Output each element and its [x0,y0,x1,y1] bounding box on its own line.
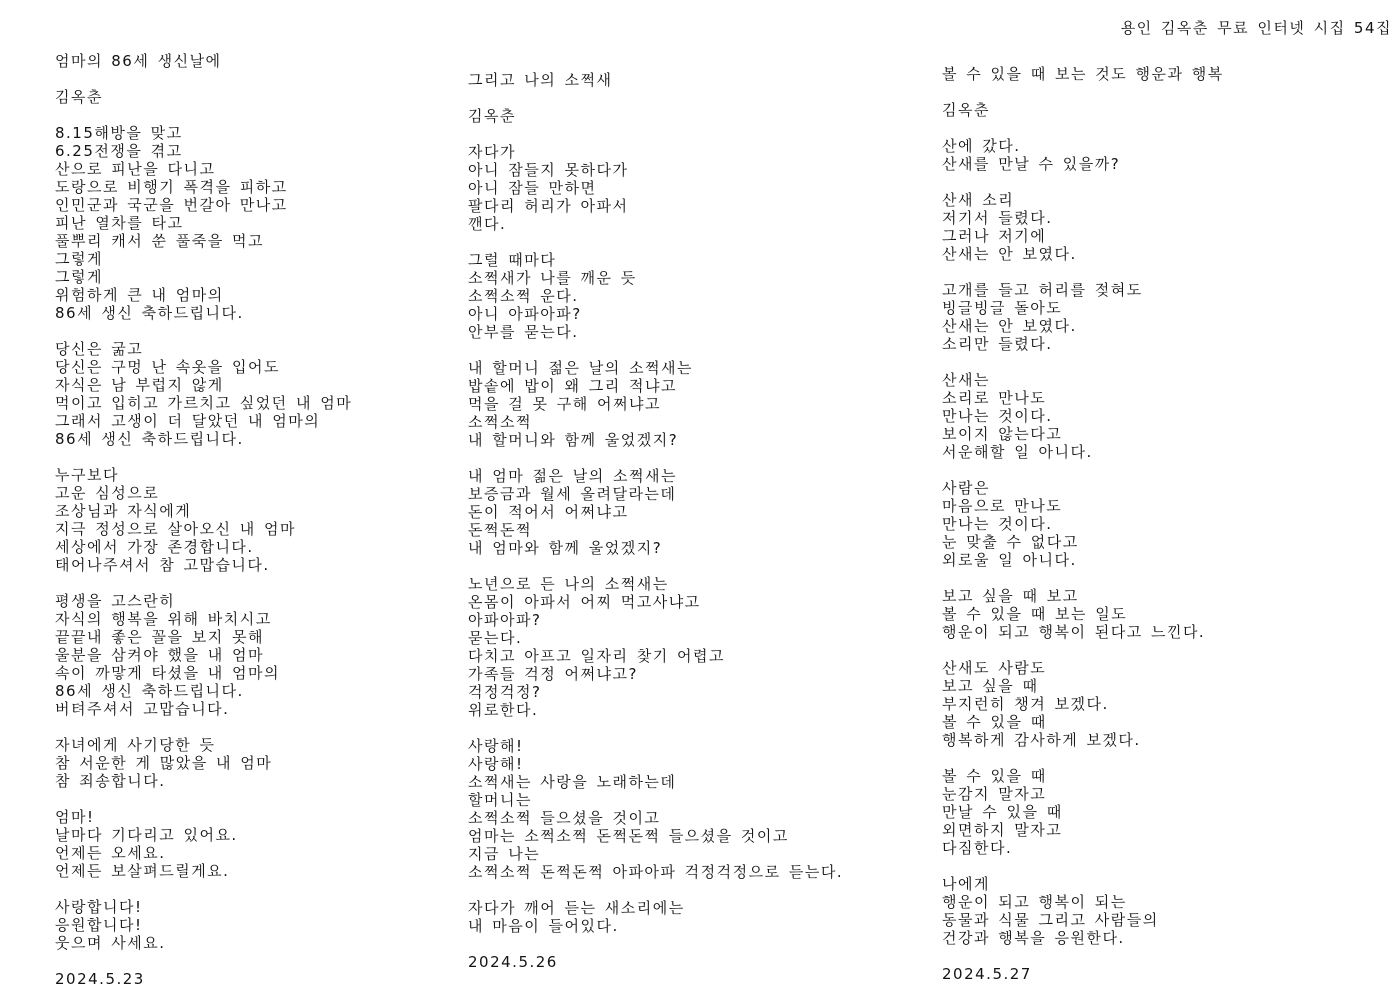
poem-line: 산새를 만날 수 있을까? [942,155,1224,173]
poem-line: 서운해할 일 아니다. [942,443,1224,461]
poem-line: 외로울 일 아니다. [942,551,1224,569]
poem-line: 행복하게 감사하게 보겠다. [942,731,1224,749]
poem-line: 다치고 아프고 일자리 찾기 어렵고 [468,647,843,665]
poem-line: 그래서 고생이 더 달았던 내 엄마의 [55,412,352,430]
poem-line: 지금 나는 [468,845,843,863]
stanza: 엄마!날마다 기다리고 있어요.언제든 오세요.언제든 보살펴드릴게요. [55,808,352,880]
stanza: 보고 싶을 때 보고볼 수 있을 때 보는 일도행운이 되고 행복이 된다고 느… [942,587,1224,641]
poem-title: 그리고 나의 소쩍새 [468,71,843,89]
poem-line: 자다가 [468,143,843,161]
poem-line: 소쩍새는 사랑을 노래하는데 [468,773,843,791]
poem-line: 86세 생신 축하드립니다. [55,682,352,700]
stanza: 노년으로 든 나의 소쩍새는온몸이 아파서 어찌 먹고사냐고아파아파?묻는다.다… [468,575,843,719]
stanza: 산새는소리로 만나도만나는 것이다.보이지 않는다고서운해할 일 아니다. [942,371,1224,461]
poem-author: 김옥춘 [942,101,1224,119]
poem-line: 노년으로 든 나의 소쩍새는 [468,575,843,593]
poem-line: 당신은 굶고 [55,340,352,358]
poem-line: 소쩍소쩍 들으셨을 것이고 [468,809,843,827]
stanza: 산새도 사람도보고 싶을 때부지런히 챙겨 보겠다.볼 수 있을 때행복하게 감… [942,659,1224,749]
poem-line: 할머니는 [468,791,843,809]
poem-line: 버텨주셔서 고맙습니다. [55,700,352,718]
poem-line: 온몸이 아파서 어찌 먹고사냐고 [468,593,843,611]
poem-line: 도랑으로 비행기 폭격을 피하고 [55,178,352,196]
poem-line: 내 엄마와 함께 울었겠지? [468,539,843,557]
poem-title: 엄마의 86세 생신날에 [55,52,352,70]
poem-line: 그렇게 [55,268,352,286]
poem-line: 산새도 사람도 [942,659,1224,677]
poem-column-2: 그리고 나의 소쩍새 김옥춘 자다가아니 잠들지 못하다가아니 잠들 만하면팔다… [468,71,843,971]
poem-line: 자다가 깨어 듣는 새소리에는 [468,899,843,917]
poem-line: 웃으며 사세요. [55,934,352,952]
poem-line: 내 엄마 젊은 날의 소쩍새는 [468,467,843,485]
poem-line: 소쩍소쩍 [468,413,843,431]
poem-date: 2024.5.23 [55,970,352,988]
poem-line: 언제든 보살펴드릴게요. [55,862,352,880]
poem-line: 참 서운한 게 많았을 내 엄마 [55,754,352,772]
stanza: 자녀에게 사기당한 듯참 서운한 게 많았을 내 엄마참 죄송합니다. [55,736,352,790]
poem-author: 김옥춘 [468,107,843,125]
collection-header: 용인 김옥춘 무료 인터넷 시집 54집 [1121,19,1392,37]
poem-line: 소쩍소쩍 운다. [468,287,843,305]
stanza: 볼 수 있을 때눈감지 말자고만날 수 있을 때외면하지 말자고다짐한다. [942,767,1224,857]
poem-line: 돈쩍돈쩍 [468,521,843,539]
poem-line: 언제든 오세요. [55,844,352,862]
stanza: 산새 소리저기서 들렸다.그러나 저기에산새는 안 보였다. [942,191,1224,263]
poem-line: 그럴 때마다 [468,251,843,269]
poem-line: 인민군과 국군을 번갈아 만나고 [55,196,352,214]
poem-line: 참 죄송합니다. [55,772,352,790]
poem-line: 볼 수 있을 때 [942,713,1224,731]
poem-line: 보증금과 월세 올려달라는데 [468,485,843,503]
poem-line: 아니 잠들 만하면 [468,179,843,197]
poem-line: 만나는 것이다. [942,515,1224,533]
poem-stanzas: 자다가아니 잠들지 못하다가아니 잠들 만하면팔다리 허리가 아파서깬다.그럴 … [468,143,843,935]
poem-column-3: 볼 수 있을 때 보는 것도 행운과 행복 김옥춘 산에 갔다.산새를 만날 수… [942,65,1224,983]
poem-line: 소쩍소쩍 돈쩍돈쩍 아파아파 걱정걱정으로 듣는다. [468,863,843,881]
poem-stanzas: 산에 갔다.산새를 만날 수 있을까?산새 소리저기서 들렸다.그러나 저기에산… [942,137,1224,947]
poem-date: 2024.5.26 [468,953,843,971]
stanza: 당신은 굶고당신은 구멍 난 속옷을 입어도자식은 남 부럽지 않게먹이고 입히… [55,340,352,448]
document-page: 용인 김옥춘 무료 인터넷 시집 54집 엄마의 86세 생신날에 김옥춘 8.… [0,0,1400,1000]
poem-line: 나에게 [942,875,1224,893]
poem-line: 위로한다. [468,701,843,719]
stanza: 사랑합니다!응원합니다!웃으며 사세요. [55,898,352,952]
poem-title: 볼 수 있을 때 보는 것도 행운과 행복 [942,65,1224,83]
poem-line: 자녀에게 사기당한 듯 [55,736,352,754]
poem-line: 응원합니다! [55,916,352,934]
poem-line: 태어나주셔서 참 고맙습니다. [55,556,352,574]
poem-line: 자식은 남 부럽지 않게 [55,376,352,394]
stanza: 산에 갔다.산새를 만날 수 있을까? [942,137,1224,173]
stanza: 누구보다고운 심성으로조상님과 자식에게지극 정성으로 살아오신 내 엄마세상에… [55,466,352,574]
poem-line: 건강과 행복을 응원한다. [942,929,1224,947]
stanza: 그럴 때마다소쩍새가 나를 깨운 듯소쩍소쩍 운다.아니 아파아파?안부를 묻는… [468,251,843,341]
stanza: 내 할머니 젊은 날의 소쩍새는밥솥에 밥이 왜 그리 적냐고먹을 걸 못 구해… [468,359,843,449]
stanza: 사람은마음으로 만나도만나는 것이다.눈 맞출 수 없다고외로울 일 아니다. [942,479,1224,569]
poem-line: 산에 갔다. [942,137,1224,155]
poem-line: 엄마는 소쩍소쩍 돈쩍돈쩍 들으셨을 것이고 [468,827,843,845]
poem-line: 그러나 저기에 [942,227,1224,245]
poem-line: 평생을 고스란히 [55,592,352,610]
poem-line: 속이 까맣게 타셨을 내 엄마의 [55,664,352,682]
poem-line: 사랑해! [468,737,843,755]
poem-line: 먹을 걸 못 구해 어쩌냐고 [468,395,843,413]
stanza: 자다가 깨어 듣는 새소리에는내 마음이 들어있다. [468,899,843,935]
poem-line: 행운이 되고 행복이 된다고 느낀다. [942,623,1224,641]
poem-line: 산새는 안 보였다. [942,245,1224,263]
poem-line: 가족들 걱정 어쩌냐고? [468,665,843,683]
poem-line: 세상에서 가장 존경합니다. [55,538,352,556]
poem-line: 사랑해! [468,755,843,773]
poem-line: 산으로 피난을 다니고 [55,160,352,178]
poem-line: 그렇게 [55,250,352,268]
poem-line: 산새 소리 [942,191,1224,209]
poem-line: 86세 생신 축하드립니다. [55,430,352,448]
poem-line: 86세 생신 축하드립니다. [55,304,352,322]
poem-line: 내 할머니와 함께 울었겠지? [468,431,843,449]
poem-line: 마음으로 만나도 [942,497,1224,515]
poem-line: 걱정걱정? [468,683,843,701]
poem-column-1: 엄마의 86세 생신날에 김옥춘 8.15해방을 맞고6.25전쟁을 겪고산으로… [55,52,352,988]
poem-line: 아파아파? [468,611,843,629]
poem-line: 먹이고 입히고 가르치고 싶었던 내 엄마 [55,394,352,412]
poem-line: 눈 맞출 수 없다고 [942,533,1224,551]
poem-line: 부지런히 챙겨 보겠다. [942,695,1224,713]
poem-line: 볼 수 있을 때 보는 일도 [942,605,1224,623]
poem-line: 동물과 식물 그리고 사람들의 [942,911,1224,929]
collection-title: 용인 김옥춘 무료 인터넷 시집 54집 [1121,19,1392,37]
poem-line: 돈이 적어서 어쩌냐고 [468,503,843,521]
poem-line: 피난 열차를 타고 [55,214,352,232]
stanza: 8.15해방을 맞고6.25전쟁을 겪고산으로 피난을 다니고도랑으로 비행기 … [55,124,352,322]
poem-line: 저기서 들렸다. [942,209,1224,227]
stanza: 나에게행운이 되고 행복이 되는동물과 식물 그리고 사람들의건강과 행복을 응… [942,875,1224,947]
poem-stanzas: 8.15해방을 맞고6.25전쟁을 겪고산으로 피난을 다니고도랑으로 비행기 … [55,124,352,952]
poem-line: 6.25전쟁을 겪고 [55,142,352,160]
poem-line: 보고 싶을 때 보고 [942,587,1224,605]
poem-line: 밥솥에 밥이 왜 그리 적냐고 [468,377,843,395]
poem-line: 볼 수 있을 때 [942,767,1224,785]
poem-line: 내 마음이 들어있다. [468,917,843,935]
stanza: 자다가아니 잠들지 못하다가아니 잠들 만하면팔다리 허리가 아파서깬다. [468,143,843,233]
poem-line: 눈감지 말자고 [942,785,1224,803]
poem-line: 아니 잠들지 못하다가 [468,161,843,179]
stanza: 내 엄마 젊은 날의 소쩍새는보증금과 월세 올려달라는데돈이 적어서 어쩌냐고… [468,467,843,557]
poem-line: 보이지 않는다고 [942,425,1224,443]
poem-line: 사람은 [942,479,1224,497]
poem-line: 고개를 들고 허리를 젖혀도 [942,281,1224,299]
poem-line: 깬다. [468,215,843,233]
stanza: 고개를 들고 허리를 젖혀도빙글빙글 돌아도산새는 안 보였다.소리만 들렸다. [942,281,1224,353]
poem-line: 소쩍새가 나를 깨운 듯 [468,269,843,287]
poem-line: 산새는 안 보였다. [942,317,1224,335]
poem-date: 2024.5.27 [942,965,1224,983]
poem-line: 사랑합니다! [55,898,352,916]
stanza: 사랑해!사랑해!소쩍새는 사랑을 노래하는데할머니는소쩍소쩍 들으셨을 것이고엄… [468,737,843,881]
poem-line: 팔다리 허리가 아파서 [468,197,843,215]
poem-line: 당신은 구멍 난 속옷을 입어도 [55,358,352,376]
poem-line: 외면하지 말자고 [942,821,1224,839]
poem-line: 날마다 기다리고 있어요. [55,826,352,844]
poem-line: 행운이 되고 행복이 되는 [942,893,1224,911]
poem-line: 아니 아파아파? [468,305,843,323]
poem-line: 빙글빙글 돌아도 [942,299,1224,317]
poem-line: 만나는 것이다. [942,407,1224,425]
poem-line: 보고 싶을 때 [942,677,1224,695]
poem-line: 안부를 묻는다. [468,323,843,341]
poem-line: 산새는 [942,371,1224,389]
poem-line: 다짐한다. [942,839,1224,857]
poem-line: 위험하게 큰 내 엄마의 [55,286,352,304]
poem-line: 풀뿌리 캐서 쑨 풀죽을 먹고 [55,232,352,250]
poem-line: 지극 정성으로 살아오신 내 엄마 [55,520,352,538]
stanza: 평생을 고스란히자식의 행복을 위해 바치시고끝끝내 좋은 꼴을 보지 못해울분… [55,592,352,718]
poem-line: 8.15해방을 맞고 [55,124,352,142]
poem-line: 소리만 들렸다. [942,335,1224,353]
poem-author: 김옥춘 [55,88,352,106]
poem-line: 소리로 만나도 [942,389,1224,407]
poem-line: 누구보다 [55,466,352,484]
poem-line: 엄마! [55,808,352,826]
poem-line: 끝끝내 좋은 꼴을 보지 못해 [55,628,352,646]
poem-line: 조상님과 자식에게 [55,502,352,520]
poem-line: 내 할머니 젊은 날의 소쩍새는 [468,359,843,377]
poem-line: 자식의 행복을 위해 바치시고 [55,610,352,628]
poem-line: 묻는다. [468,629,843,647]
poem-line: 울분을 삼켜야 했을 내 엄마 [55,646,352,664]
poem-line: 고운 심성으로 [55,484,352,502]
poem-line: 만날 수 있을 때 [942,803,1224,821]
